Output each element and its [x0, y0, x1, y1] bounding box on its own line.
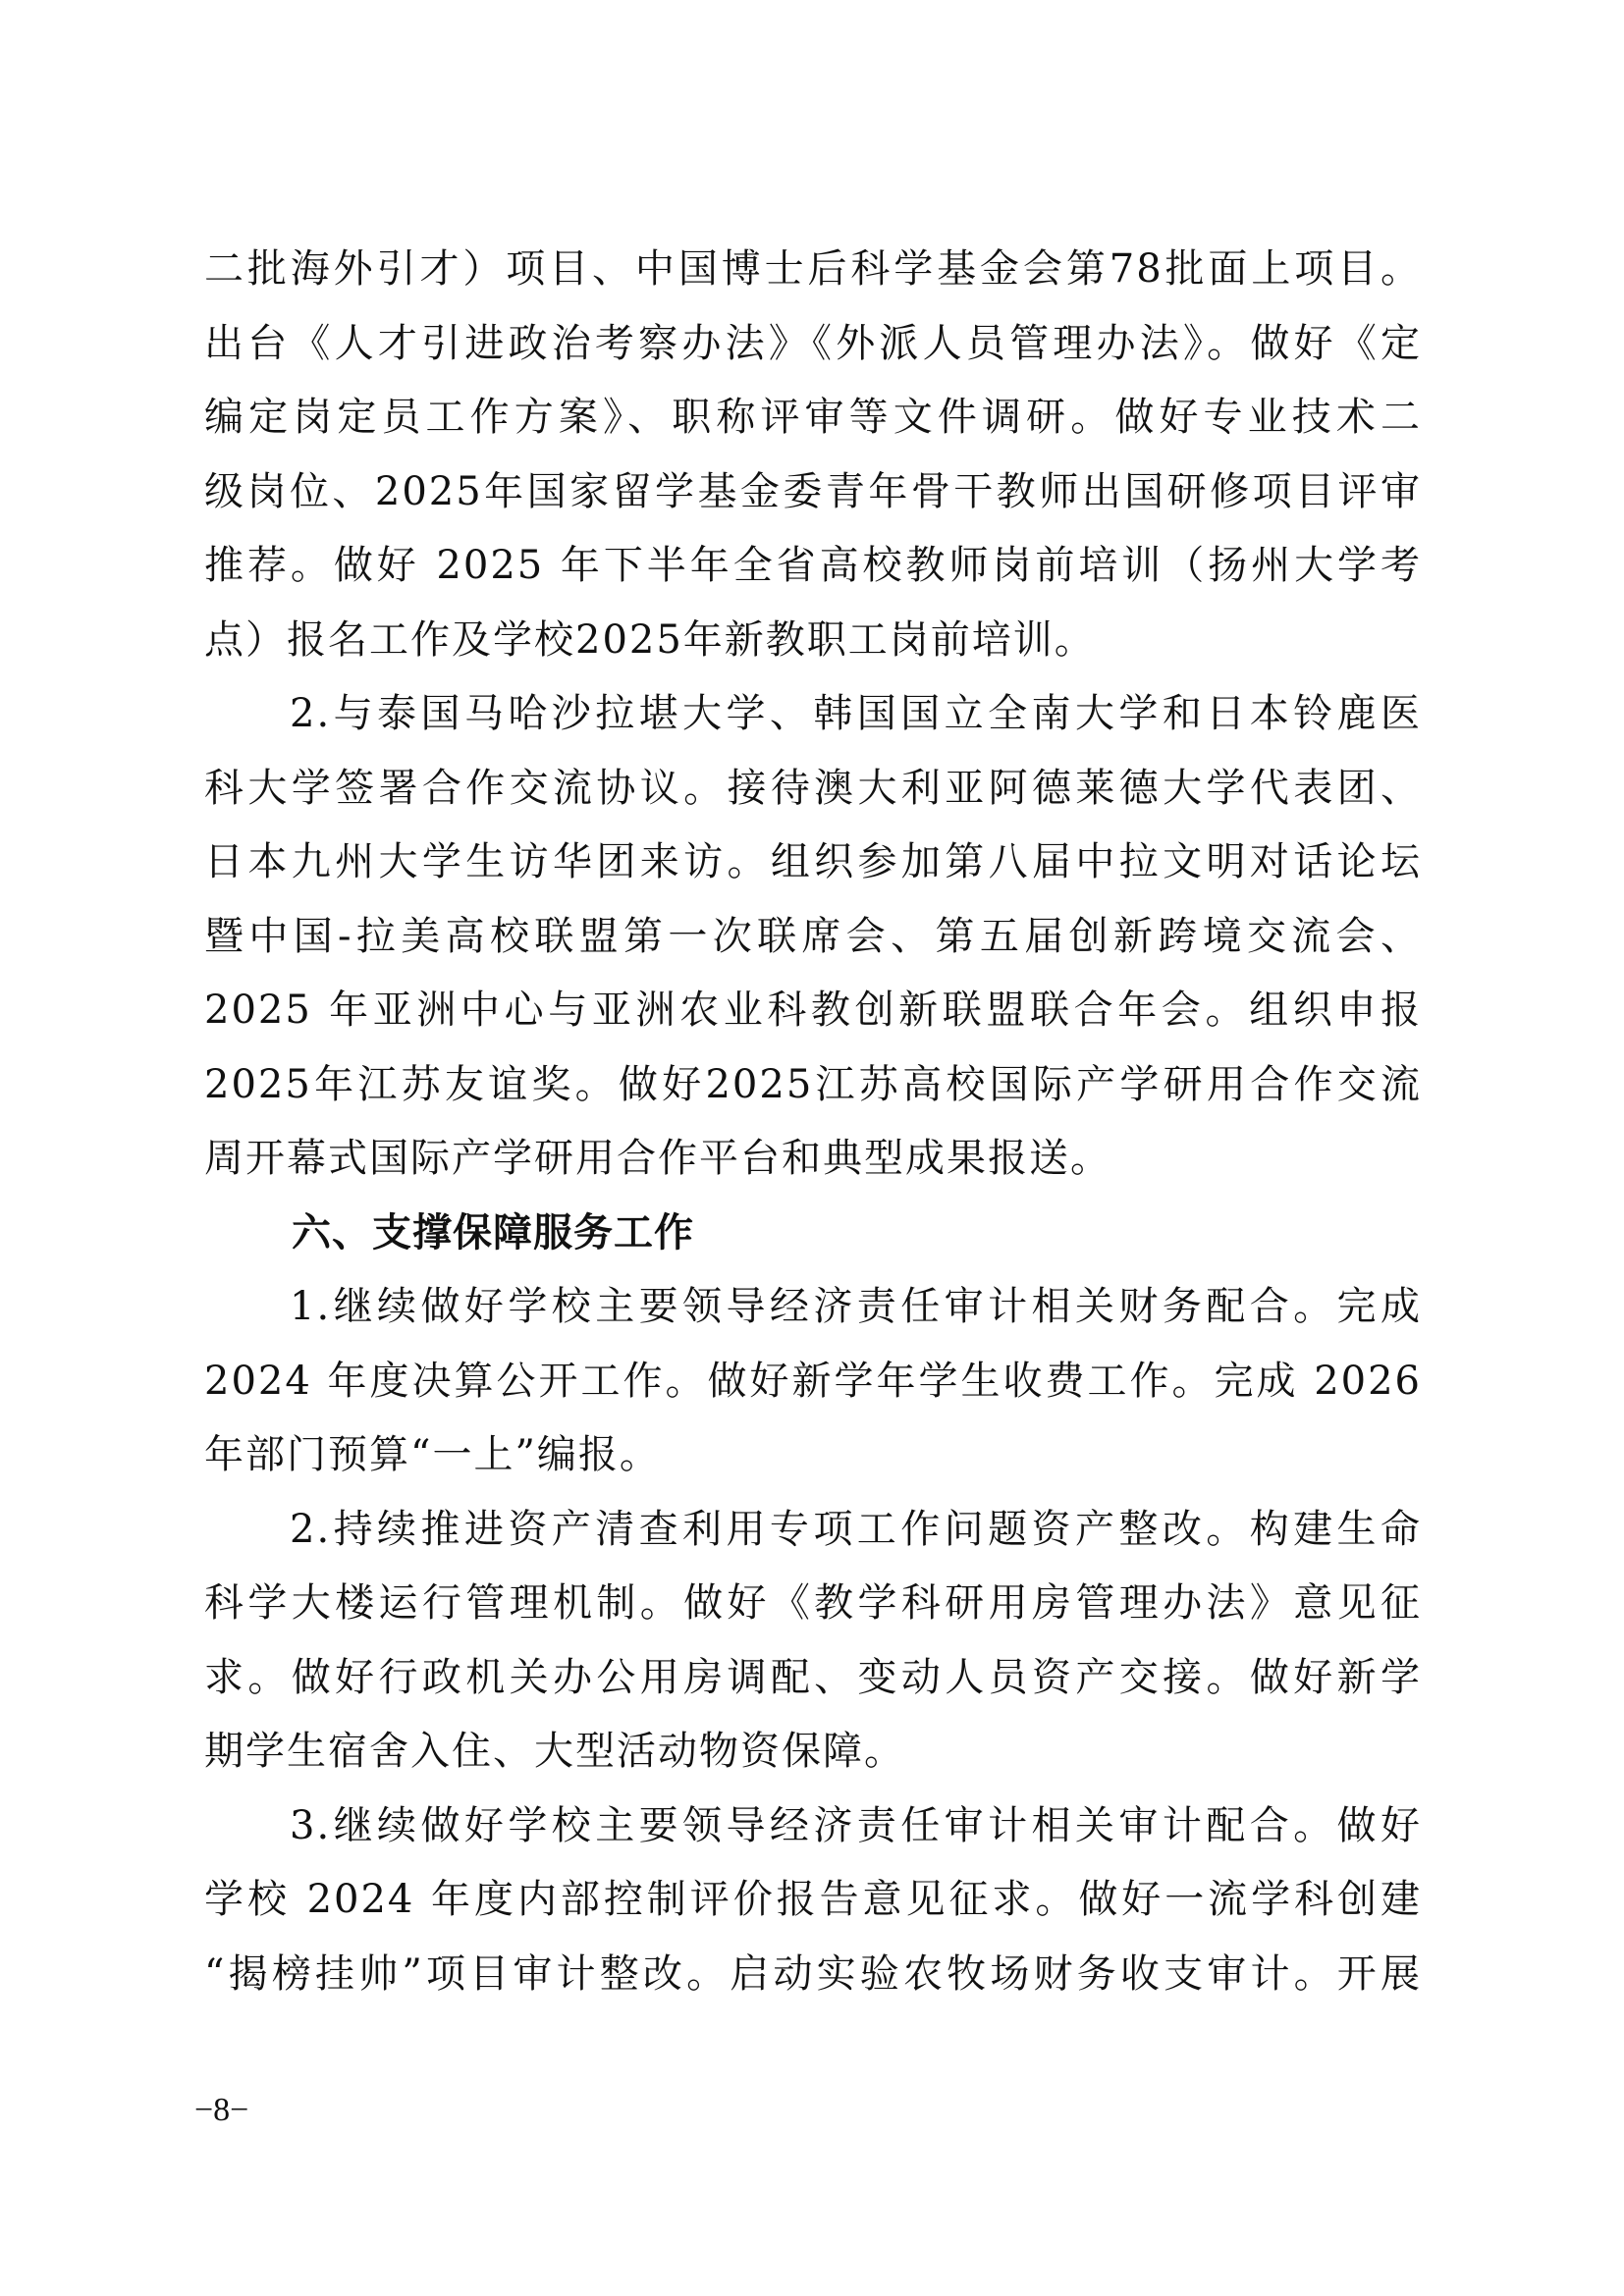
section-heading: 六、支撑保障服务工作 [204, 1197, 1422, 1271]
paragraph-line: 2024 年度决算公开工作。做好新学年学生收费工作。完成 2026 [204, 1345, 1422, 1419]
paragraph-line: 日本九州大学生访华团来访。组织参加第八届中拉文明对话论坛 [204, 826, 1422, 900]
paragraph-line: 2.持续推进资产清查利用专项工作问题资产整改。构建生命 [204, 1493, 1422, 1568]
paragraph-line: 暨中国-拉美高校联盟第一次联席会、第五届创新跨境交流会、 [204, 900, 1422, 975]
paragraph-line: 点）报名工作及学校2025年新教职工岗前培训。 [204, 604, 1422, 678]
paragraph-line: 2.与泰国马哈沙拉堪大学、韩国国立全南大学和日本铃鹿医 [204, 677, 1422, 752]
paragraph-line: 期学生宿舍入住、大型活动物资保障。 [204, 1715, 1422, 1789]
paragraph-line: 周开幕式国际产学研用合作平台和典型成果报送。 [204, 1122, 1422, 1197]
paragraph-line: 学校 2024 年度内部控制评价报告意见征求。做好一流学科创建 [204, 1863, 1422, 1938]
paragraph-line: 级岗位、2025年国家留学基金委青年骨干教师出国研修项目评审 [204, 455, 1422, 530]
page-number: −8− [194, 2091, 248, 2130]
paragraph-line: 编定岗定员工作方案》、职称评审等文件调研。做好专业技术二 [204, 381, 1422, 455]
paragraph-line: 二批海外引才）项目、中国博士后科学基金会第78批面上项目。 [204, 233, 1422, 307]
document-page: 二批海外引才）项目、中国博士后科学基金会第78批面上项目。 出台《人才引进政治考… [0, 0, 1624, 2296]
paragraph-line: “揭榜挂帅”项目审计整改。启动实验农牧场财务收支审计。开展 [204, 1938, 1422, 2012]
paragraph-line: 年部门预算“一上”编报。 [204, 1418, 1422, 1493]
paragraph-line: 求。做好行政机关办公用房调配、变动人员资产交接。做好新学 [204, 1641, 1422, 1716]
paragraph-line: 2025年江苏友谊奖。做好2025江苏高校国际产学研用合作交流 [204, 1048, 1422, 1123]
paragraph-line: 科大学签署合作交流协议。接待澳大利亚阿德莱德大学代表团、 [204, 752, 1422, 827]
paragraph-line: 出台《人才引进政治考察办法》《外派人员管理办法》。做好《定 [204, 307, 1422, 382]
paragraph-line: 科学大楼运行管理机制。做好《教学科研用房管理办法》意见征 [204, 1567, 1422, 1641]
paragraph-line: 1.继续做好学校主要领导经济责任审计相关财务配合。完成 [204, 1270, 1422, 1345]
body-text: 二批海外引才）项目、中国博士后科学基金会第78批面上项目。 出台《人才引进政治考… [204, 233, 1422, 2011]
paragraph-line: 推荐。做好 2025 年下半年全省高校教师岗前培训（扬州大学考 [204, 529, 1422, 604]
paragraph-line: 3.继续做好学校主要领导经济责任审计相关审计配合。做好 [204, 1789, 1422, 1864]
paragraph-line: 2025 年亚洲中心与亚洲农业科教创新联盟联合年会。组织申报 [204, 974, 1422, 1048]
